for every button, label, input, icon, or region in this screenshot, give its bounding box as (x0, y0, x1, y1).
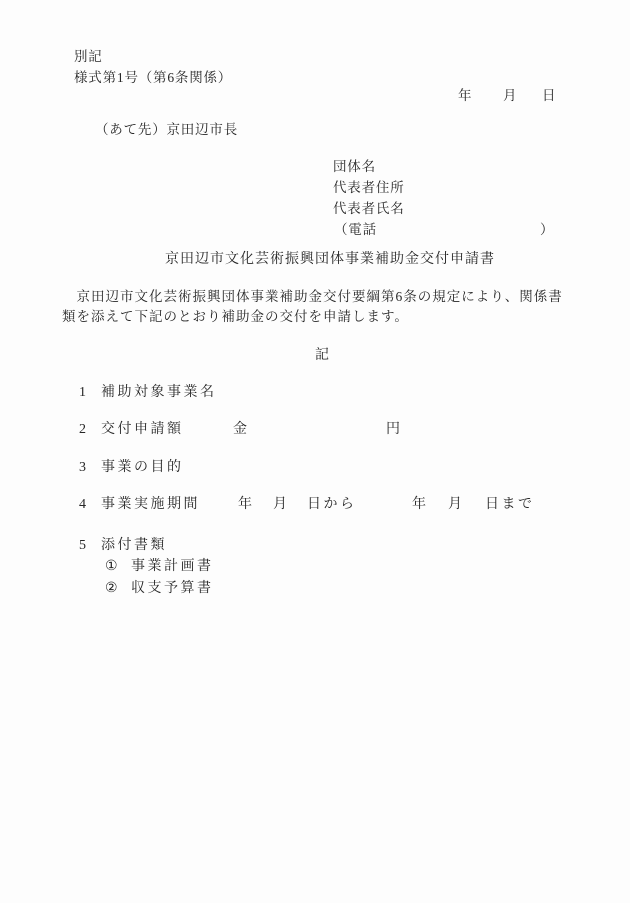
item-4-from-year: 年 (238, 496, 255, 514)
item-2-amount-prefix: 金 (233, 421, 250, 439)
item-3-number: 3 (79, 459, 86, 477)
item-2-amount-unit: 円 (386, 421, 403, 439)
phone-close-paren: ） (540, 222, 554, 239)
document-title: 京田辺市文化芸術振興団体事業補助金交付申請書 (165, 251, 495, 269)
body-paragraph-line-2: 類を添えて下記のとおり補助金の交付を申請します。 (62, 309, 409, 326)
date-day-label: 日 (542, 88, 556, 105)
item-5-label: 添付書類 (101, 537, 167, 555)
item-2-label: 交付申請額 (101, 421, 184, 439)
item-4-number: 4 (79, 496, 86, 514)
item-4-label: 事業実施期間 (101, 496, 200, 514)
list-heading: 記 (315, 347, 330, 365)
subsidy-application-form-page: 別記 様式第1号（第6条関係） 年 月 日 （あて先）京田辺市長 団体名 代表者… (0, 0, 630, 903)
attachment-2-number: ② (105, 580, 120, 598)
body-paragraph-line-1: 京田辺市文化芸術振興団体事業補助金交付要綱第6条の規定により、関係書 (62, 289, 563, 306)
item-1-number: 1 (79, 384, 86, 402)
representative-name-label: 代表者氏名 (333, 201, 405, 218)
date-month-label: 月 (503, 88, 517, 105)
addressee-line: （あて先）京田辺市長 (95, 122, 238, 139)
item-4-to-year: 年 (412, 496, 429, 514)
phone-label: （電話 (334, 222, 377, 239)
item-4-from-day: 日から (307, 496, 357, 514)
date-year-label: 年 (458, 88, 472, 105)
item-4-from-month: 月 (273, 496, 290, 514)
item-5-number: 5 (79, 537, 86, 555)
attachment-1-label: 事業計画書 (131, 558, 214, 576)
attachment-1-number: ① (105, 558, 120, 576)
attachment-2-label: 収支予算書 (131, 580, 214, 598)
appendix-note: 別記 (74, 49, 103, 66)
organization-name-label: 団体名 (333, 159, 376, 176)
item-1-label: 補助対象事業名 (101, 384, 217, 402)
form-number: 様式第1号（第6条関係） (74, 70, 232, 87)
item-2-number: 2 (79, 421, 86, 439)
item-3-label: 事業の目的 (101, 459, 184, 477)
item-4-to-day: 日まで (485, 496, 535, 514)
representative-address-label: 代表者住所 (333, 180, 405, 197)
item-4-to-month: 月 (448, 496, 465, 514)
